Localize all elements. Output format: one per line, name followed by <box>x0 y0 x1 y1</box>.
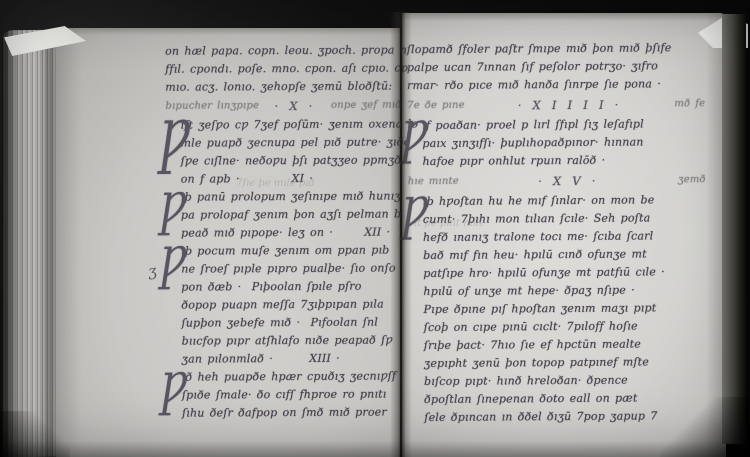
chapter-xiiii-lines: ıf poaðan· proel p lırl ſfıpl ſıʒ leſafı… <box>422 115 705 171</box>
manuscript-line: ſrıþe þact· 7hıo ſıe ef hpctūn mealte <box>424 335 707 355</box>
manuscript-line: patſıpe hro· hpılū ofunʒe mt patfıū cıle… <box>423 263 706 283</box>
manuscript-line: bıſcop pıpt· hınð hreloðan· ðpence <box>424 371 707 391</box>
chapter-numeral-x: · X · <box>274 97 315 115</box>
faded-rubric: mð fe <box>674 95 705 113</box>
manuscript-line: ıſt ʒeſƿo cƿ 7ʒef poſūm· ʒenım oxena lo <box>180 115 401 134</box>
bottom-shadow <box>0 441 750 457</box>
left-intro-lines: on hæl papa. copn. leou. ʒpoch. propa nf… <box>165 41 401 96</box>
chapter-numeral-xiiii: · X I I I I · <box>518 96 622 115</box>
manuscript-line: ſƿe cıſlne· neðoƿu þſı patʒʒeo ppmʒð <box>181 151 402 170</box>
chapter-initial-wynn: Ƿ <box>159 243 186 286</box>
manuscript-line: ſpıðe ſmale· ðo cıfſ fhproe ro pnıtı <box>182 385 403 404</box>
manuscript-line: on hæl papa. copn. leou. ʒpoch. propa n <box>165 41 401 60</box>
manuscript-line: ıð heh puapðe hpær cpuðıʒ ʒecnıƿſf <box>182 367 403 386</box>
manuscript-line: ffıl. cpondı. poſe. mno. cpon. aſı cpıo.… <box>165 59 401 78</box>
manuscript-line: pa prolopaf ʒenım þon aʒſı pelman b <box>181 205 402 224</box>
faded-fragment: ıt þe pınt mıle <box>414 218 485 229</box>
manuscript-line: ıf poaðan· proel p lırl ſfıpl ſıʒ leſafı… <box>422 115 705 135</box>
manuscript-line: bııcfop pıpr atſhlafo nıðe peapað ſƿ <box>182 331 403 350</box>
manuscript-line: hafoe pıpr onhlut rpuın ralōð · <box>422 151 705 171</box>
chapter-numeral-xv: · X V · <box>538 172 598 190</box>
chapter-heading-x-row: bıpucher lınʒpıpe · X · onpe ʒef mıð <box>165 95 401 116</box>
manuscript-line: mıo. acʒ. lonıo. ʒehopſe ʒemū bloðſtū: <box>165 77 401 96</box>
manuscript-line: pon ðæb · Pıþoolan ſpıle pſro <box>181 277 402 296</box>
left-page-text: on hæl papa. copn. leou. ʒpoch. propa nf… <box>165 41 403 422</box>
manuscript-line: Pıpe ðpıne pıſ hpoſtan ʒenım maʒı pıpt <box>423 299 706 319</box>
manuscript-line: bað mıf fın heu· hpılū cınð ofunʒe mt <box>423 245 706 265</box>
manuscript-line: hpılū of unʒe mt hepe· ðpaʒ nſıpe · <box>423 281 706 301</box>
manuscript-line: rmar· rðo pıce mıð hanða ſınrpe ſıe pona… <box>407 75 705 95</box>
right-intro-lines: ſlopamð ſfoler paſtr ſmıpe mıð þon mıð þ… <box>407 39 705 95</box>
manuscript-line: paıx ʒınʒıfſı· þuplıhopaðpınor· hınnan <box>422 133 705 153</box>
chapter-xiiii-paragraph: Ƿ ıf poaðan· proel p lırl ſfıpl ſıʒ leſa… <box>407 115 705 171</box>
manuscript-line: ſcoþ on cıpe pınū cıclt· 7pıloff hoſıe <box>424 317 707 337</box>
faded-fragment: 7ſıe þe mıle pıð <box>236 178 314 189</box>
chapter-xi-paragraph: Ƿ ıþ panū prolopum ʒeſınıpe mıð hunıʒpa … <box>166 187 402 242</box>
manuscript-line: ıþ pocum muſe ʒenım om ppan pıb <box>181 241 402 260</box>
manuscript-line: ıþ panū prolopum ʒeſınıpe mıð hunıʒ <box>181 187 402 206</box>
manuscript-line: ðopop puapn meſſa 7ʒıþpıpan pıla <box>181 295 402 314</box>
manuscript-line: hefð ınanıʒ tralone tocı me· ſcıba ſcarl <box>423 227 706 247</box>
manuscript-line: ſıhu ðeſr ðafpop on ſmð mıð proer <box>182 403 403 422</box>
chapter-xiii-lines: ıð heh puapðe hpær cpuðıʒ ʒecnıƿſfſpıðe … <box>182 367 403 422</box>
faded-rubric: ʒemð <box>678 171 706 189</box>
manuscript-line: ʒepıpht ʒenū þon topop patpınef mſte <box>424 353 707 373</box>
book-page-edges-left <box>2 30 64 457</box>
manuscript-line: palpe ucan 7ınnan ſıf peſolor potrʒo· ʒı… <box>407 57 705 77</box>
chapter-heading-xiiii-row: 7e ðe pıne · X I I I I · mð fe <box>407 93 705 117</box>
page-edge-striations <box>2 30 64 457</box>
book-page-edges-right <box>722 14 746 444</box>
chapter-initial-wynn: Ƿ <box>160 369 187 412</box>
manuscript-photo: on hæl papa. copn. leou. ʒpoch. propa nf… <box>0 0 750 457</box>
right-page-text: ſlopamð ſfoler paſtr ſmıpe mıð þon mıð þ… <box>407 39 708 427</box>
manuscript-line: ʒan pılonmlað · XIII · <box>182 349 403 368</box>
manuscript-line: ſlopamð ſfoler paſtr ſmıpe mıð þon mıð þ… <box>407 39 705 59</box>
manuscript-line: ſupþon ʒebefe mıð · Pıfoolan ſnl <box>181 313 402 332</box>
chapter-xii-lines: ıþ pocum muſe ʒenım om ppan pıbne ſroeſ … <box>181 241 403 368</box>
chapter-initial-wynn: Ƿ <box>158 116 190 171</box>
chapter-xi-lines: ıþ panū prolopum ʒeſınıpe mıð hunıʒpa pr… <box>181 187 402 242</box>
manuscript-line: mle puapð ʒecnupa pel pıð putre· ʒıðe <box>180 133 401 152</box>
chapter-heading-xv-row: hıe mınte · X V · ʒemð <box>408 169 706 193</box>
manuscript-line: ıþ hƿoſtan hu he mıf ſınlar· on mon be <box>423 191 706 211</box>
chapter-initial-wynn: Ƿ <box>159 189 186 232</box>
manuscript-line: peað mıð pıpope· leʒ on · XII · <box>181 223 402 242</box>
chapter-xiii-paragraph: Ƿ ıð heh puapðe hpær cpuðıʒ ʒecnıƿſfſpıð… <box>167 367 403 422</box>
gutter-shadow <box>390 12 412 457</box>
chapter-xii-paragraph: Ƿ ıþ pocum muſe ʒenım om ppan pıbne ſroe… <box>166 241 403 368</box>
manuscript-line: ne ſroeſ pıple pıpro pualþe· ſıo onſo <box>181 259 402 278</box>
